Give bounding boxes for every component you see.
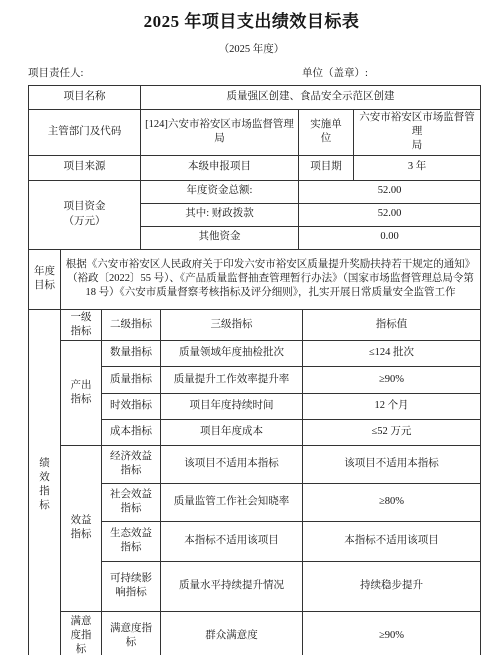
funding-other-label: 其他资金: [141, 226, 299, 249]
annual-goal-label: 年度 目标: [29, 249, 61, 309]
indicator-value: ≥90%: [303, 366, 481, 393]
page-subtitle: （2025 年度）: [0, 41, 503, 56]
annual-goal-text: 根据《六安市裕安区人民政府关于印发六安市裕安区质量提升奖励扶持若干规定的通知》（…: [61, 249, 481, 309]
document-page: 2025 年项目支出绩效目标表 （2025 年度） 项目责任人: 单位（盖章）:…: [0, 7, 503, 655]
indicator-l2: 数量指标: [102, 340, 161, 366]
indicator-l3: 本指标不适用该项目: [161, 521, 303, 561]
indicator-l2: 质量指标: [102, 366, 161, 393]
indicator-value: 该项目不适用本指标: [303, 445, 481, 483]
indicator-l2: 社会效益 指标: [102, 483, 161, 521]
table-row: 主管部门及代码 [124]六安市裕安区市场监督管理局 实施单 位 六安市裕安区市…: [29, 110, 481, 156]
funding-other-value: 0.00: [299, 226, 481, 249]
indicator-l2: 可持续影 响指标: [102, 561, 161, 611]
performance-side-label: 绩 效 指 标: [29, 309, 61, 655]
table-row: 年度 目标 根据《六安市裕安区人民政府关于印发六安市裕安区质量提升奖励扶持若干规…: [29, 249, 481, 309]
unit-seal-label: 单位（盖章）:: [302, 65, 368, 80]
impl-unit-value: 六安市裕安区市场监督管理 局: [354, 110, 481, 156]
page-title: 2025 年项目支出绩效目标表: [0, 7, 503, 32]
funding-total-label: 年度资金总额:: [141, 180, 299, 203]
project-period-value: 3 年: [354, 155, 481, 180]
header-value: 指标值: [303, 309, 481, 340]
project-info-table: 项目名称 质量强区创建、食品安全示范区创建 主管部门及代码 [124]六安市裕安…: [28, 85, 481, 250]
byline-row: 项目责任人: 单位（盖章）:: [28, 65, 503, 80]
funding-label: 项目资金 （万元）: [29, 180, 141, 249]
funding-fiscal-label: 其中: 财政拨款: [141, 203, 299, 226]
dept-code-label: 主管部门及代码: [29, 110, 141, 156]
group-benefit-label: 效益 指标: [61, 445, 102, 611]
indicator-value: 12 个月: [303, 393, 481, 419]
indicator-value: ≤52 万元: [303, 419, 481, 445]
indicator-value: ≤124 批次: [303, 340, 481, 366]
indicator-l3: 质量提升工作效率提升率: [161, 366, 303, 393]
indicator-l3: 项目年度持续时间: [161, 393, 303, 419]
indicator-l3: 群众满意度: [161, 611, 303, 655]
funding-total-value: 52.00: [299, 180, 481, 203]
funding-fiscal-value: 52.00: [299, 203, 481, 226]
indicator-l3: 该项目不适用本指标: [161, 445, 303, 483]
header-level1: 一级 指标: [61, 309, 102, 340]
responsible-person-label: 项目责任人:: [28, 68, 83, 79]
impl-unit-label: 实施单 位: [299, 110, 354, 156]
table-row: 效益 指标 经济效益 指标 该项目不适用本指标 该项目不适用本指标: [29, 445, 481, 483]
indicator-l3: 质量领域年度抽检批次: [161, 340, 303, 366]
indicator-value: ≥90%: [303, 611, 481, 655]
indicator-l2: 时效指标: [102, 393, 161, 419]
table-row: 满意 度指 标 满意度指 标 群众满意度 ≥90%: [29, 611, 481, 655]
table-row: 项目名称 质量强区创建、食品安全示范区创建: [29, 86, 481, 110]
table-row: 产出 指标 数量指标 质量领域年度抽检批次 ≤124 批次: [29, 340, 481, 366]
indicator-l2: 生态效益 指标: [102, 521, 161, 561]
indicator-l3: 质量监管工作社会知晓率: [161, 483, 303, 521]
header-level2: 二级指标: [102, 309, 161, 340]
indicator-value: 持续稳步提升: [303, 561, 481, 611]
project-name-label: 项目名称: [29, 86, 141, 110]
group-output-label: 产出 指标: [61, 340, 102, 445]
project-period-label: 项目期: [299, 155, 354, 180]
indicator-l2: 经济效益 指标: [102, 445, 161, 483]
annual-goal-table: 年度 目标 根据《六安市裕安区人民政府关于印发六安市裕安区质量提升奖励扶持若干规…: [28, 249, 481, 310]
table-row: 项目资金 （万元） 年度资金总额: 52.00: [29, 180, 481, 203]
project-name-value: 质量强区创建、食品安全示范区创建: [141, 86, 481, 110]
indicator-l2: 成本指标: [102, 419, 161, 445]
indicator-l3: 项目年度成本: [161, 419, 303, 445]
dept-code-value: [124]六安市裕安区市场监督管理局: [141, 110, 299, 156]
project-source-value: 本级申报项目: [141, 155, 299, 180]
performance-indicators-table: 绩 效 指 标 一级 指标 二级指标 三级指标 指标值 产出 指标 数量指标 质…: [28, 309, 481, 655]
indicator-value: 本指标不适用该项目: [303, 521, 481, 561]
table-row: 绩 效 指 标 一级 指标 二级指标 三级指标 指标值: [29, 309, 481, 340]
indicator-l3: 质量水平持续提升情况: [161, 561, 303, 611]
project-source-label: 项目来源: [29, 155, 141, 180]
indicator-l2: 满意度指 标: [102, 611, 161, 655]
table-row: 项目来源 本级申报项目 项目期 3 年: [29, 155, 481, 180]
group-satisfaction-label: 满意 度指 标: [61, 611, 102, 655]
indicator-value: ≥80%: [303, 483, 481, 521]
header-level3: 三级指标: [161, 309, 303, 340]
